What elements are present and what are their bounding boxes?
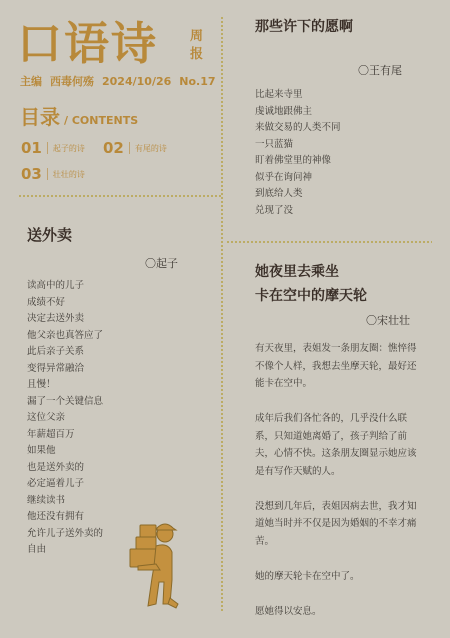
poem-line: 读高中的儿子	[27, 278, 103, 295]
poem-line: 如果他	[27, 443, 103, 460]
poem-line: 继续读书	[27, 493, 103, 510]
prose-paragraph: 有天夜里，表姐发一条朋友圈：憔悴得不像个人样，我想去坐摩天轮，最好还能卡在空中。	[255, 340, 417, 393]
prose-paragraph: 没想到几年后，表姐因病去世，我才知道她当时并不仅是因为婚姻的不幸才痛苦。	[255, 498, 417, 551]
delivery-person-icon	[126, 520, 188, 610]
masthead-title: 口语诗	[17, 18, 158, 70]
prose-paragraph: 她的摩天轮卡在空中了。	[255, 568, 417, 586]
poem1-author: 〇起子	[145, 255, 178, 271]
prose-paragraph: 愿她得以安息。	[255, 603, 417, 621]
poem-line: 且慢！	[27, 377, 103, 394]
poem-line: 他还没有拥有	[27, 509, 103, 526]
toc-item-03[interactable]: 03壮壮的诗	[21, 165, 85, 183]
poem-line: 变得异常融洽	[27, 361, 103, 378]
issue-date: 2024/10/26	[102, 75, 171, 88]
poem2-title: 那些许下的愿啊	[255, 15, 353, 39]
editor-name: 西毒何殇	[50, 75, 94, 88]
poem3-title: 她夜里去乘坐 卡在空中的摩天轮	[255, 260, 367, 308]
poem-line: 此后亲子关系	[27, 344, 103, 361]
poem3-body: 有天夜里，表姐发一条朋友圈：憔悴得不像个人样，我想去坐摩天轮，最好还能卡在空中。…	[255, 340, 417, 638]
poem1-body: 读高中的儿子成绩不好决定去送外卖他父亲也真答应了此后亲子关系变得异常融洽且慢！漏…	[27, 278, 103, 559]
poem1-title: 送外卖	[27, 223, 72, 247]
divider-vertical	[221, 16, 223, 612]
divider-toc	[18, 195, 222, 197]
toc-title: 目录/ CONTENTS	[20, 101, 138, 130]
poem-line: 允许儿子送外卖的	[27, 526, 103, 543]
masthead-weekly: 周报	[190, 28, 206, 64]
poem-line: 虔诚地跟佛主	[255, 104, 341, 121]
poem-line: 这位父亲	[27, 410, 103, 427]
poem-line: 兑现了没	[255, 203, 341, 220]
poem-line: 比起来寺里	[255, 87, 341, 104]
poem-line: 年薪超百万	[27, 427, 103, 444]
poem-line: 自由	[27, 542, 103, 559]
poem-line: 他父亲也真答应了	[27, 328, 103, 345]
poem-line: 漏了一个关键信息	[27, 394, 103, 411]
toc-item-01[interactable]: 01起子的诗	[21, 139, 85, 157]
issue-number: No.17	[179, 75, 215, 88]
poem-line: 一只蓝猫	[255, 137, 341, 154]
toc-subtitle: / CONTENTS	[64, 114, 138, 127]
poem-line: 到底给人类	[255, 186, 341, 203]
prose-paragraph: 成年后我们各忙各的，几乎没什么联系，只知道她离婚了，孩子判给了前夫，心情不快。这…	[255, 410, 417, 480]
poem-line: 似乎在询问神	[255, 170, 341, 187]
poem-line: 也是送外卖的	[27, 460, 103, 477]
poem2-author: 〇王有尾	[358, 62, 402, 78]
divider-right	[226, 241, 432, 243]
poem-line: 盯着佛堂里的神像	[255, 153, 341, 170]
poem-line: 决定去送外卖	[27, 311, 103, 328]
masthead-meta: 主编西毒何殇2024/10/26No.17	[20, 73, 224, 89]
toc-item-02[interactable]: 02有尾的诗	[103, 139, 167, 157]
editor-label: 主编	[20, 75, 42, 88]
poem-line: 成绩不好	[27, 295, 103, 312]
poem3-author: 〇宋壮壮	[366, 312, 410, 328]
poem-line: 必定逼着儿子	[27, 476, 103, 493]
poem-line: 来做交易的人类不同	[255, 120, 341, 137]
poem2-body: 比起来寺里虔诚地跟佛主来做交易的人类不同一只蓝猫盯着佛堂里的神像似乎在询问神到底…	[255, 87, 341, 219]
